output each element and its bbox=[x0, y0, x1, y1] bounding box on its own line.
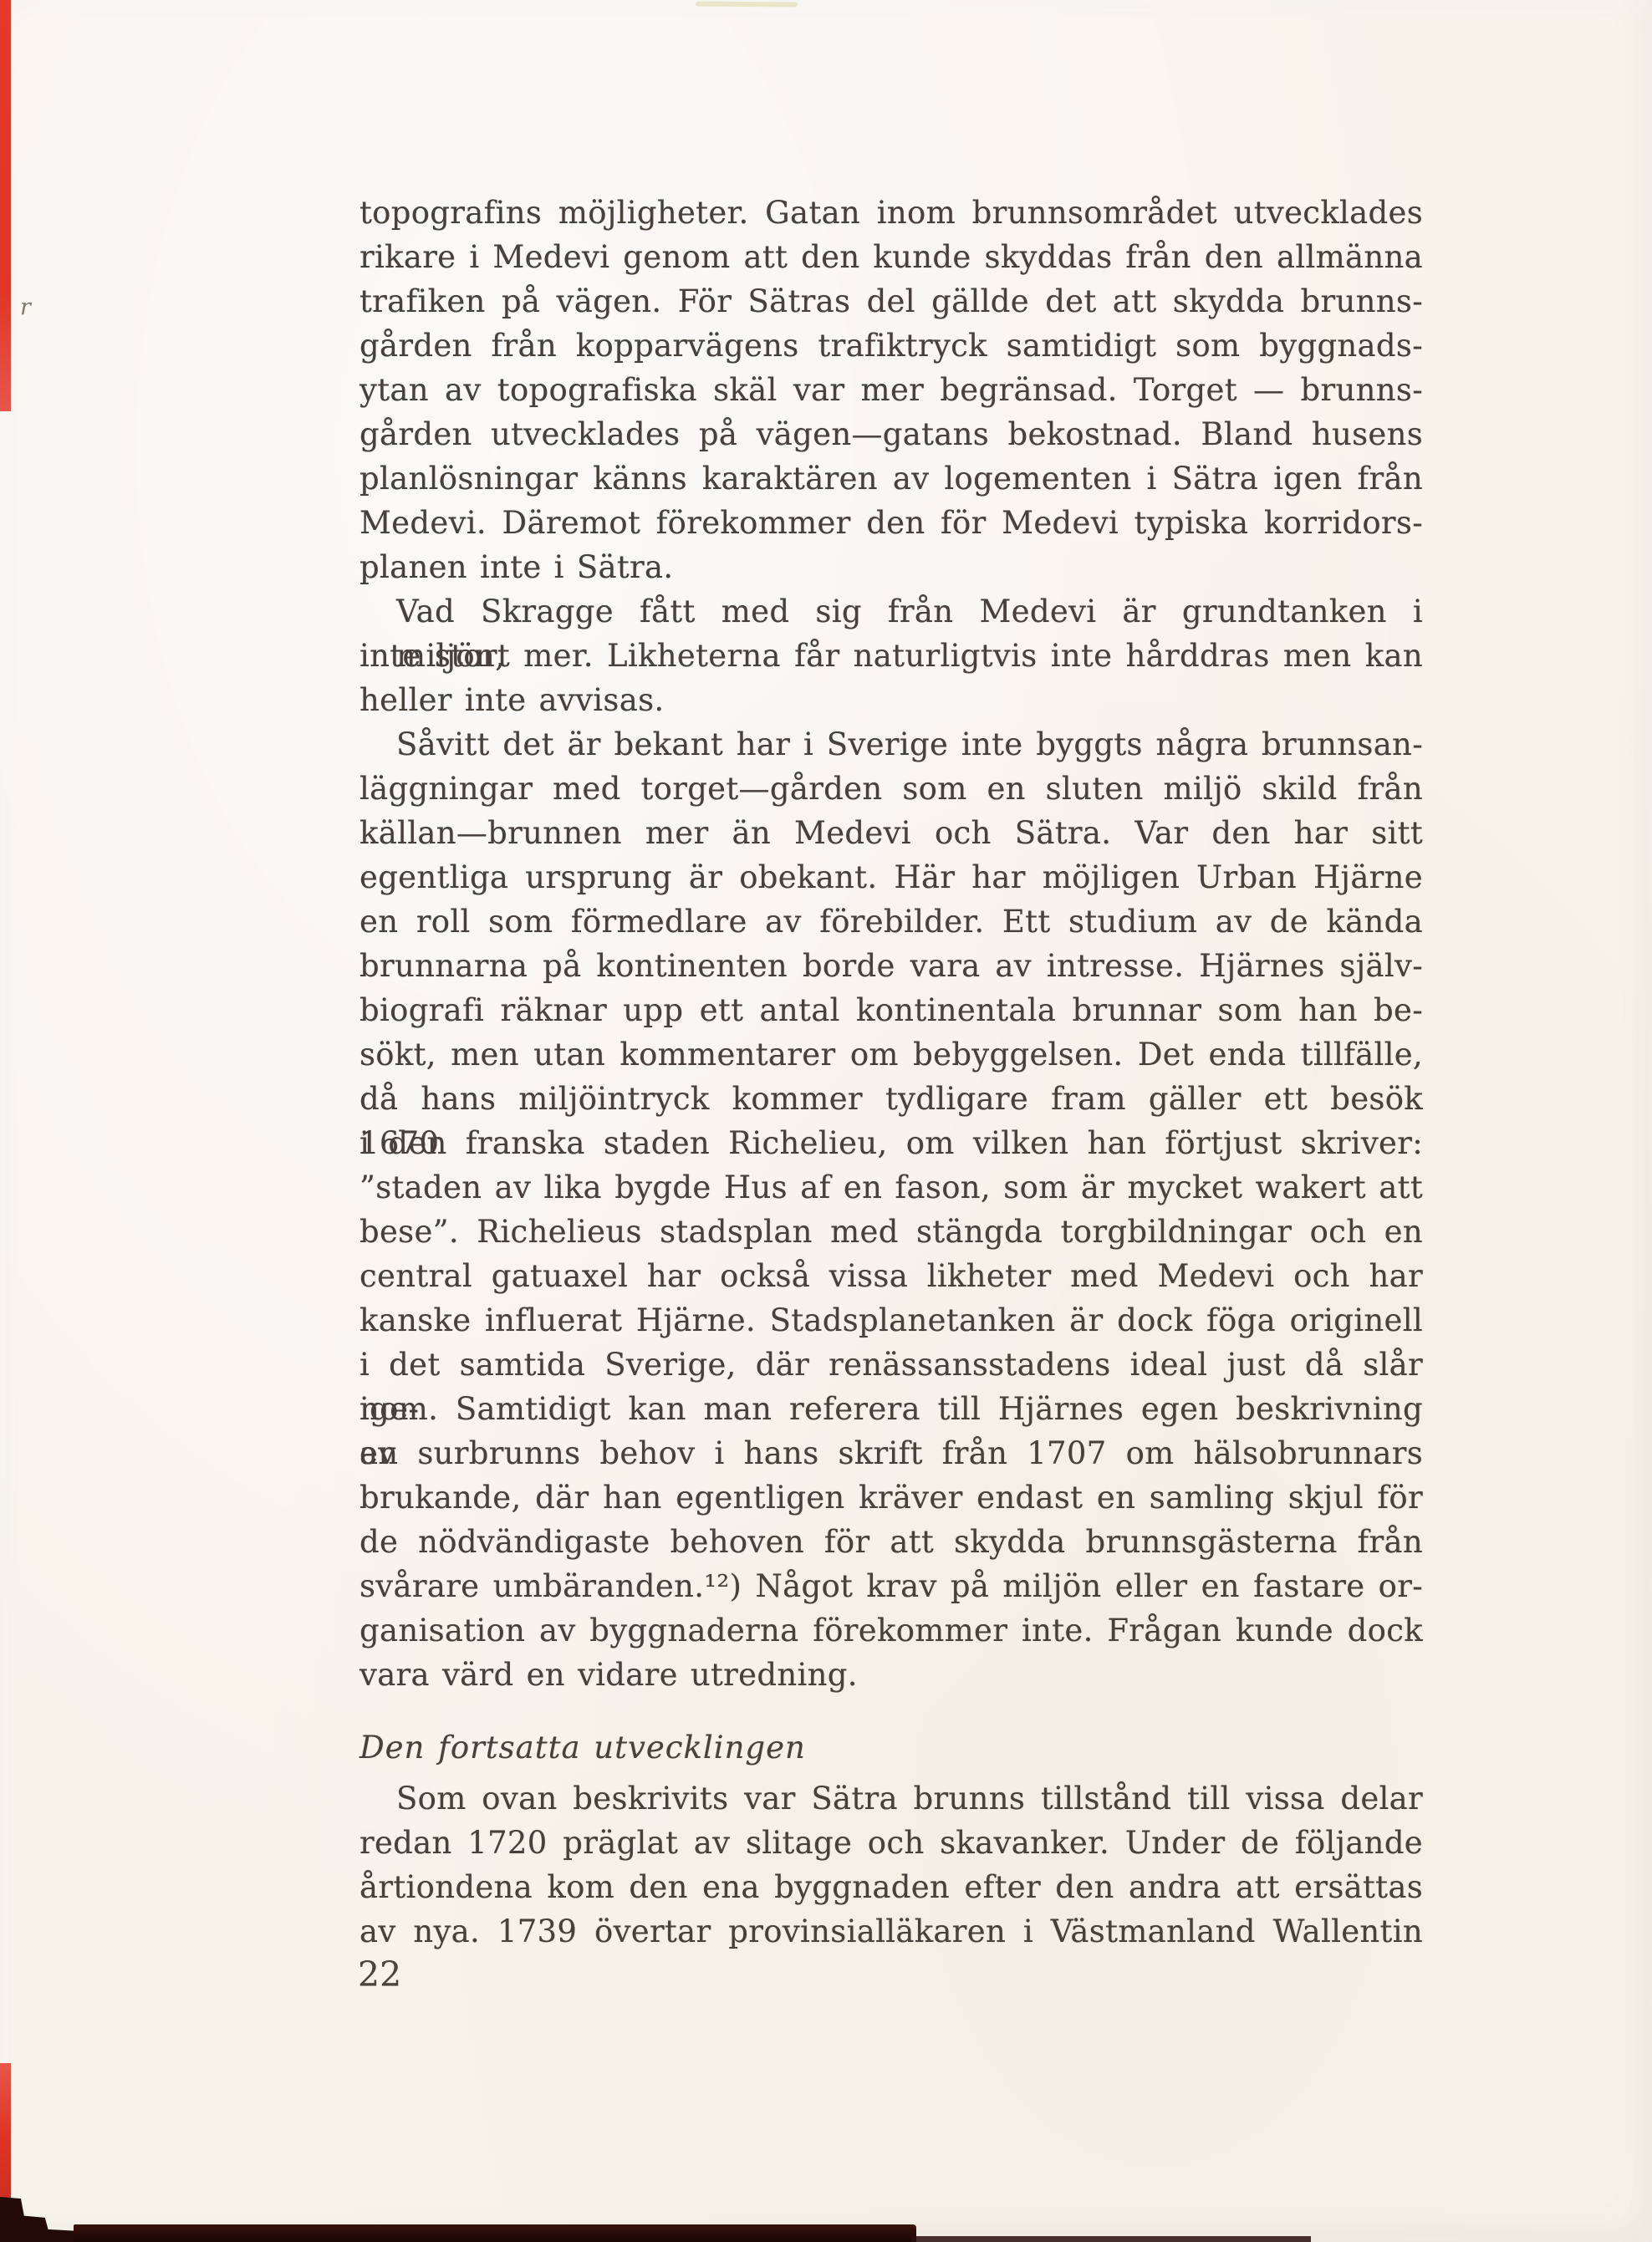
text-line: de nödvändigaste behoven för att skydda … bbox=[359, 1520, 1423, 1564]
scanned-book-page: r topografins möjligheter. Gatan inom br… bbox=[0, 0, 1652, 2242]
text-line: sökt, men utan kommentarer om bebyggelse… bbox=[359, 1032, 1423, 1077]
text-line: kanske influerat Hjärne. Stadsplanetanke… bbox=[359, 1298, 1423, 1343]
text-line: inte stort mer. Likheterna får naturligt… bbox=[359, 634, 1423, 678]
page-number: 22 bbox=[358, 1954, 401, 1995]
left-edge-red-stripe-top bbox=[0, 0, 11, 411]
text-line: biografi räknar upp ett antal kontinenta… bbox=[359, 988, 1423, 1032]
text-line: svårare umbäranden.¹²) Något krav på mil… bbox=[359, 1564, 1423, 1608]
text-line: Medevi. Däremot förekommer den för Medev… bbox=[359, 501, 1423, 545]
bottom-left-scan-blob bbox=[0, 2197, 80, 2242]
text-line: bese”. Richelieus stadsplan med stängda … bbox=[359, 1210, 1423, 1254]
margin-annotation-mark: r bbox=[20, 294, 31, 320]
text-line: ”staden av lika bygde Hus af en fason, s… bbox=[359, 1165, 1423, 1210]
text-line: i det samtida Sverige, där renässansstad… bbox=[359, 1343, 1423, 1387]
text-line: rikare i Medevi genom att den kunde skyd… bbox=[359, 235, 1423, 279]
text-line: trafiken på vägen. För Sätras del gällde… bbox=[359, 279, 1423, 324]
text-line: heller inte avvisas. bbox=[359, 678, 1423, 722]
text-line: en roll som förmedlare av förebilder. Et… bbox=[359, 899, 1423, 944]
text-line: ytan av topografiska skäl var mer begrän… bbox=[359, 368, 1423, 412]
text-line: av nya. 1739 övertar provinsialläkaren i… bbox=[359, 1909, 1423, 1954]
text-line: Vad Skragge fått med sig från Medevi är … bbox=[359, 589, 1423, 634]
top-edge-scratch bbox=[696, 2, 798, 8]
bottom-edge-shadow-bar bbox=[74, 2224, 916, 2242]
text-line: egentliga ursprung är obekant. Här har m… bbox=[359, 855, 1423, 899]
text-line: brukande, där han egentligen kräver enda… bbox=[359, 1475, 1423, 1520]
text-line: brunnarna på kontinenten borde vara av i… bbox=[359, 944, 1423, 988]
text-block: topografins möjligheter. Gatan inom brun… bbox=[359, 191, 1423, 1954]
text-line: i den franska staden Richelieu, om vilke… bbox=[359, 1121, 1423, 1165]
text-line: källan—brunnen mer än Medevi och Sätra. … bbox=[359, 811, 1423, 855]
section-heading: Den fortsatta utvecklingen bbox=[359, 1725, 1423, 1770]
text-line: Som ovan beskrivits var Sätra brunns til… bbox=[359, 1776, 1423, 1821]
text-line: en surbrunns behov i hans skrift från 17… bbox=[359, 1431, 1423, 1475]
text-line: planen inte i Sätra. bbox=[359, 545, 1423, 589]
text-line: redan 1720 präglat av slitage och skavan… bbox=[359, 1821, 1423, 1865]
text-line: då hans miljöintryck kommer tydligare fr… bbox=[359, 1077, 1423, 1121]
text-line: ganisation av byggnaderna förekommer int… bbox=[359, 1608, 1423, 1653]
text-line: gården utvecklades på vägen—gatans bekos… bbox=[359, 412, 1423, 456]
text-line: årtiondena kom den ena byggnaden efter d… bbox=[359, 1865, 1423, 1909]
text-line: vara värd en vidare utredning. bbox=[359, 1653, 1423, 1697]
bottom-edge-shadow-tail bbox=[911, 2236, 1311, 2242]
text-line: nom. Samtidigt kan man referera till Hjä… bbox=[359, 1387, 1423, 1431]
text-line: läggningar med torget—gården som en slut… bbox=[359, 767, 1423, 811]
text-line: central gatuaxel har också vissa likhete… bbox=[359, 1254, 1423, 1298]
text-line: gården från kopparvägens trafiktryck sam… bbox=[359, 324, 1423, 368]
text-line: Såvitt det är bekant har i Sverige inte … bbox=[359, 722, 1423, 767]
text-line: planlösningar känns karaktären av logeme… bbox=[359, 456, 1423, 501]
text-line: topografins möjligheter. Gatan inom brun… bbox=[359, 191, 1423, 235]
